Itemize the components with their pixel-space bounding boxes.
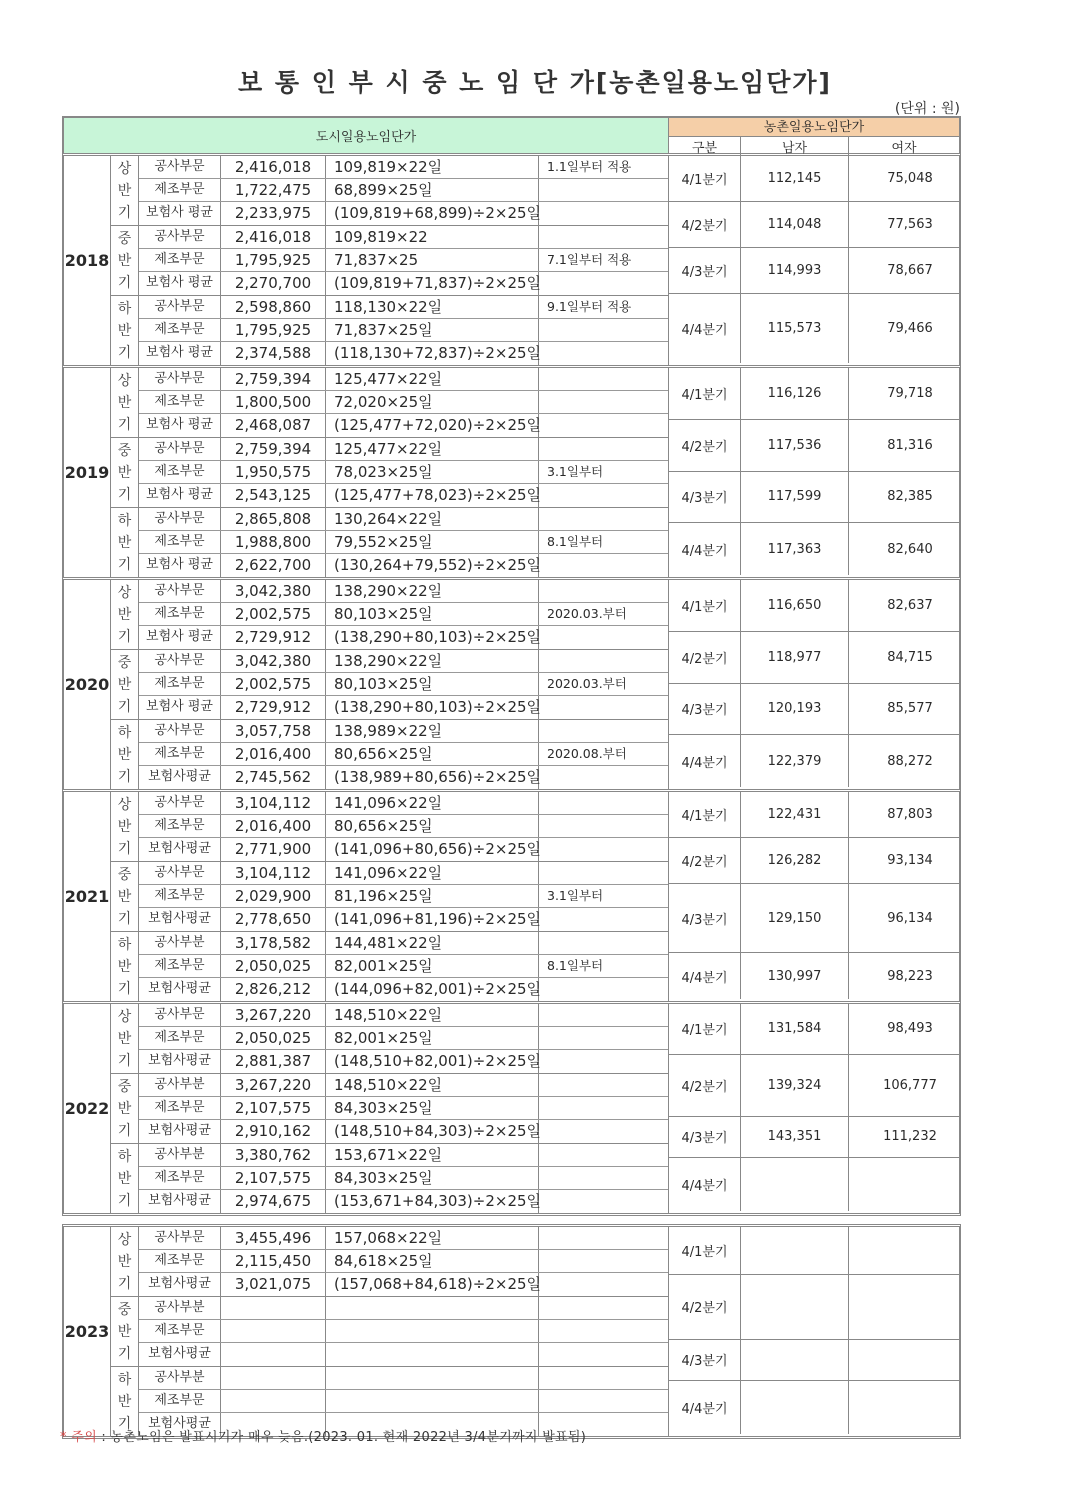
- calculation-cell: [326, 1343, 539, 1366]
- half-period: 중반기공사부문3,042,380138,290×22일제조부문2,002,575…: [111, 650, 668, 720]
- city-wage-section: 상반기공사부문3,267,220148,510×22일제조부문2,050,025…: [111, 1004, 669, 1213]
- male-wage-cell: 118,977: [741, 632, 849, 683]
- quarter-cell: 4/4분기: [669, 1158, 741, 1211]
- amount-cell: 2,771,900: [221, 838, 326, 861]
- category-cell: 제조부문: [139, 461, 221, 483]
- note-cell: [539, 1050, 668, 1073]
- calculation-cell: (141,096+80,656)÷2×25일: [326, 838, 539, 861]
- table-row: 공사부문2,759,394125,477×22일: [139, 368, 668, 391]
- female-wage-cell: 98,223: [849, 953, 959, 999]
- calculation-cell: 141,096×22일: [326, 862, 539, 884]
- calculation-cell: 125,477×22일: [326, 368, 539, 390]
- amount-cell: 2,778,650: [221, 908, 326, 931]
- amount-cell: 1,950,575: [221, 461, 326, 483]
- city-wage-section: 상반기공사부문3,042,380138,290×22일제조부문2,002,575…: [111, 580, 669, 789]
- male-wage-cell: 117,363: [741, 523, 849, 575]
- rural-quarter-row: 4/3분기120,19385,577: [669, 684, 959, 736]
- amount-cell: 2,002,575: [221, 603, 326, 625]
- rural-quarter-row: 4/3분기: [669, 1340, 959, 1381]
- amount-cell: 2,729,912: [221, 696, 326, 719]
- note-cell: [539, 342, 668, 365]
- note-cell: [539, 438, 668, 460]
- note-cell: 3.1일부터: [539, 461, 668, 483]
- amount-cell: 2,107,575: [221, 1097, 326, 1119]
- year-label: 2020: [64, 580, 111, 789]
- category-cell: 공사부분: [139, 1144, 221, 1166]
- half-period-char: 중: [118, 440, 132, 462]
- calculation-cell: 138,290×22일: [326, 650, 539, 672]
- amount-cell: 2,881,387: [221, 1050, 326, 1073]
- male-wage-cell: 129,150: [741, 884, 849, 952]
- half-period-label: 상반기: [111, 1004, 139, 1073]
- calculation-cell: (109,819+68,899)÷2×25일: [326, 202, 539, 225]
- category-cell: 제조부문: [139, 179, 221, 201]
- half-period-char: 반: [118, 462, 132, 484]
- quarter-cell: 4/2분기: [669, 202, 741, 247]
- amount-cell: 3,057,758: [221, 720, 326, 742]
- note-cell: [539, 720, 668, 742]
- rural-wage-header: 농촌일용노임단가 구분 남자 여자: [669, 118, 959, 153]
- amount-cell: [221, 1297, 326, 1319]
- amount-cell: [221, 1320, 326, 1342]
- half-period-char: 상: [118, 1006, 132, 1028]
- quarter-cell: 4/1분기: [669, 1004, 741, 1054]
- half-period: 중반기공사부문2,759,394125,477×22일제조부문1,950,575…: [111, 438, 668, 508]
- calculation-cell: (138,989+80,656)÷2×25일: [326, 766, 539, 789]
- table-row: 공사부문2,416,018109,819×22일1.1일부터 적용: [139, 156, 668, 179]
- category-cell: 제조부문: [139, 391, 221, 413]
- table-row: 제조부문2,050,02582,001×25일: [139, 1027, 668, 1050]
- col-male: 남자: [741, 137, 849, 156]
- half-period-char: 중: [118, 1076, 132, 1098]
- calculation-cell: (125,477+78,023)÷2×25일: [326, 484, 539, 507]
- male-wage-cell: 116,650: [741, 580, 849, 631]
- calculation-cell: 144,481×22일: [326, 932, 539, 954]
- calculation-cell: 80,103×25일: [326, 673, 539, 695]
- rural-quarter-row: 4/2분기139,324106,777: [669, 1055, 959, 1117]
- category-cell: 공사부문: [139, 720, 221, 742]
- half-period-label: 중반기: [111, 1297, 139, 1366]
- quarter-cell: 4/2분기: [669, 1055, 741, 1116]
- year-label: 2022: [64, 1004, 111, 1213]
- table-row: 제조부문2,002,57580,103×25일2020.03.부터: [139, 603, 668, 626]
- half-period-char: 하: [118, 722, 132, 744]
- rural-quarter-row: 4/1분기112,14575,048: [669, 156, 959, 202]
- category-cell: 제조부문: [139, 955, 221, 977]
- category-cell: 보험사평균: [139, 1343, 221, 1366]
- male-wage-cell: [741, 1381, 849, 1434]
- half-period-char: 기: [118, 978, 132, 1000]
- quarter-cell: 4/1분기: [669, 1227, 741, 1274]
- note-cell: [539, 391, 668, 413]
- rural-wage-section: 4/1분기122,43187,8034/2분기126,28293,1344/3분…: [669, 792, 959, 1001]
- half-period-label: 중반기: [111, 862, 139, 931]
- category-cell: 보험사평균: [139, 978, 221, 1001]
- amount-cell: 2,759,394: [221, 368, 326, 390]
- table-row: 제조부문2,050,02582,001×25일8.1일부터: [139, 955, 668, 978]
- calculation-cell: 80,103×25일: [326, 603, 539, 625]
- amount-cell: 3,267,220: [221, 1004, 326, 1026]
- calculation-cell: (130,264+79,552)÷2×25일: [326, 554, 539, 577]
- calculation-cell: 71,837×25: [326, 249, 539, 271]
- quarter-cell: 4/3분기: [669, 248, 741, 293]
- category-cell: 제조부문: [139, 1320, 221, 1342]
- half-period-char: 반: [118, 816, 132, 838]
- category-cell: 공사부문: [139, 226, 221, 248]
- quarter-cell: 4/2분기: [669, 838, 741, 883]
- half-period-char: 기: [118, 1273, 132, 1295]
- note-cell: [539, 1320, 668, 1342]
- footnote-warning: 주의: [71, 1430, 97, 1445]
- note-cell: [539, 319, 668, 341]
- half-period-label: 중반기: [111, 226, 139, 295]
- calculation-cell: (148,510+84,303)÷2×25일: [326, 1120, 539, 1143]
- note-cell: [539, 1343, 668, 1366]
- rural-quarter-row: 4/3분기143,351111,232: [669, 1117, 959, 1158]
- half-period-char: 기: [118, 414, 132, 436]
- category-cell: 보험사 평균: [139, 696, 221, 719]
- male-wage-cell: 114,993: [741, 248, 849, 293]
- half-period-char: 반: [118, 744, 132, 766]
- note-cell: [539, 1004, 668, 1026]
- calculation-cell: 153,671×22일: [326, 1144, 539, 1166]
- year-label: 2019: [64, 368, 111, 577]
- female-wage-cell: 85,577: [849, 684, 959, 735]
- half-period-char: 하: [118, 934, 132, 956]
- table-row: 보험사평균2,826,212(144,096+82,001)÷2×25일: [139, 978, 668, 1001]
- amount-cell: 2,115,450: [221, 1250, 326, 1272]
- half-period: 상반기공사부문2,759,394125,477×22일제조부문1,800,500…: [111, 368, 668, 438]
- category-cell: 공사부분: [139, 1367, 221, 1389]
- half-period-char: 반: [118, 250, 132, 272]
- note-cell: [539, 226, 668, 248]
- category-cell: 보험사평균: [139, 908, 221, 931]
- half-period-char: 하: [118, 298, 132, 320]
- half-period: 상반기공사부문3,042,380138,290×22일제조부문2,002,575…: [111, 580, 668, 650]
- male-wage-cell: 114,048: [741, 202, 849, 247]
- table-row: 공사부문3,267,220148,510×22일: [139, 1004, 668, 1027]
- half-period-char: 상: [118, 370, 132, 392]
- calculation-cell: 68,899×25일: [326, 179, 539, 201]
- half-period-char: 기: [118, 766, 132, 788]
- category-cell: 공사부문: [139, 580, 221, 602]
- table-row: 공사부문3,057,758138,989×22일: [139, 720, 668, 743]
- category-cell: 공사부문: [139, 508, 221, 530]
- amount-cell: 3,042,380: [221, 650, 326, 672]
- amount-cell: 2,050,025: [221, 1027, 326, 1049]
- year-block: 2023상반기공사부문3,455,496157,068×22일제조부문2,115…: [62, 1224, 961, 1439]
- amount-cell: [221, 1343, 326, 1366]
- quarter-cell: 4/4분기: [669, 1381, 741, 1434]
- amount-cell: 2,107,575: [221, 1167, 326, 1189]
- col-quarter: 구분: [669, 137, 741, 156]
- half-period: 중반기공사부분3,267,220148,510×22일제조부문2,107,575…: [111, 1074, 668, 1144]
- calculation-cell: 84,303×25일: [326, 1167, 539, 1189]
- calculation-cell: 138,989×22일: [326, 720, 539, 742]
- half-period-char: 기: [118, 202, 132, 224]
- male-wage-cell: 112,145: [741, 156, 849, 201]
- quarter-cell: 4/1분기: [669, 156, 741, 201]
- calculation-cell: 109,819×22일: [326, 156, 539, 178]
- half-period-label: 중반기: [111, 438, 139, 507]
- rural-quarter-row: 4/4분기130,99798,223: [669, 953, 959, 999]
- table-row: 공사부분: [139, 1367, 668, 1390]
- amount-cell: 2,270,700: [221, 272, 326, 295]
- category-cell: 보험사평균: [139, 766, 221, 789]
- note-cell: [539, 626, 668, 649]
- half-period: 하반기공사부문2,598,860118,130×22일9.1일부터 적용제조부문…: [111, 296, 668, 365]
- amount-cell: 1,795,925: [221, 249, 326, 271]
- calculation-cell: 82,001×25일: [326, 1027, 539, 1049]
- half-period-char: 기: [118, 626, 132, 648]
- rural-quarter-row: 4/4분기: [669, 1158, 959, 1211]
- quarter-cell: 4/3분기: [669, 1117, 741, 1157]
- rural-wage-section: 4/1분기131,58498,4934/2분기139,324106,7774/3…: [669, 1004, 959, 1213]
- category-cell: 제조부문: [139, 1250, 221, 1272]
- half-period-label: 하반기: [111, 1144, 139, 1213]
- rural-quarter-row: 4/3분기117,59982,385: [669, 472, 959, 524]
- male-wage-cell: 117,536: [741, 420, 849, 471]
- table-row: 보험사 평균2,233,975(109,819+68,899)÷2×25일: [139, 202, 668, 225]
- note-cell: [539, 696, 668, 719]
- half-period-char: 하: [118, 1369, 132, 1391]
- note-cell: [539, 1144, 668, 1166]
- female-wage-cell: 77,563: [849, 202, 959, 247]
- note-cell: [539, 484, 668, 507]
- table-row: 보험사평균2,881,387(148,510+82,001)÷2×25일: [139, 1050, 668, 1073]
- note-cell: [539, 1074, 668, 1096]
- table-row: 보험사 평균2,270,700(109,819+71,837)÷2×25일: [139, 272, 668, 295]
- half-period-label: 중반기: [111, 650, 139, 719]
- table-header: 도시일용노임단가 농촌일용노임단가 구분 남자 여자: [62, 116, 961, 156]
- amount-cell: 2,910,162: [221, 1120, 326, 1143]
- amount-cell: 1,722,475: [221, 179, 326, 201]
- rural-wage-section: 4/1분기4/2분기4/3분기4/4분기: [669, 1227, 959, 1436]
- half-period-label: 하반기: [111, 720, 139, 789]
- amount-cell: 3,455,496: [221, 1227, 326, 1249]
- table-row: 제조부문: [139, 1390, 668, 1413]
- amount-cell: 2,974,675: [221, 1190, 326, 1213]
- half-period-char: 반: [118, 1028, 132, 1050]
- calculation-cell: 138,290×22일: [326, 580, 539, 602]
- quarter-cell: 4/3분기: [669, 884, 741, 952]
- calculation-cell: 84,303×25일: [326, 1097, 539, 1119]
- half-period-label: 하반기: [111, 932, 139, 1001]
- female-wage-cell: [849, 1275, 959, 1338]
- half-period-char: 기: [118, 484, 132, 506]
- table-row: 보험사평균2,974,675(153,671+84,303)÷2×25일: [139, 1190, 668, 1213]
- table-row: 공사부문3,104,112141,096×22일: [139, 792, 668, 815]
- quarter-cell: 4/4분기: [669, 294, 741, 363]
- table-row: 보험사평균: [139, 1343, 668, 1366]
- calculation-cell: 78,023×25일: [326, 461, 539, 483]
- year-block: 2019상반기공사부문2,759,394125,477×22일제조부문1,800…: [62, 368, 961, 580]
- table-row: 제조부문1,795,92571,837×25일: [139, 319, 668, 342]
- calculation-cell: [326, 1367, 539, 1389]
- half-period-char: 반: [118, 1391, 132, 1413]
- table-row: 보험사 평균2,622,700(130,264+79,552)÷2×25일: [139, 554, 668, 577]
- note-cell: 9.1일부터 적용: [539, 296, 668, 318]
- female-wage-cell: 96,134: [849, 884, 959, 952]
- half-period: 하반기공사부문2,865,808130,264×22일제조부문1,988,800…: [111, 508, 668, 577]
- amount-cell: 2,016,400: [221, 815, 326, 837]
- table-row: 제조부문2,029,90081,196×25일3.1일부터: [139, 885, 668, 908]
- page-title: 보 통 인 부 시 중 노 임 단 가[농촌일용노임단가]: [0, 63, 1070, 99]
- table-row: 제조부문1,722,47568,899×25일: [139, 179, 668, 202]
- calculation-cell: 157,068×22일: [326, 1227, 539, 1249]
- note-cell: [539, 1167, 668, 1189]
- half-period: 상반기공사부문3,104,112141,096×22일제조부문2,016,400…: [111, 792, 668, 862]
- calculation-cell: 118,130×22일: [326, 296, 539, 318]
- table-row: 보험사평균2,778,650(141,096+81,196)÷2×25일: [139, 908, 668, 931]
- category-cell: 보험사 평균: [139, 626, 221, 649]
- note-cell: [539, 1297, 668, 1319]
- calculation-cell: (153,671+84,303)÷2×25일: [326, 1190, 539, 1213]
- half-period-char: 상: [118, 158, 132, 180]
- table-row: 제조부문: [139, 1320, 668, 1343]
- city-wage-header: 도시일용노임단가: [64, 118, 669, 153]
- male-wage-cell: 120,193: [741, 684, 849, 735]
- city-wage-section: 상반기공사부문2,416,018109,819×22일1.1일부터 적용제조부문…: [111, 156, 669, 365]
- table-row: 제조부문1,800,50072,020×25일: [139, 391, 668, 414]
- half-period-char: 하: [118, 510, 132, 532]
- female-wage-cell: 79,466: [849, 294, 959, 363]
- amount-cell: 2,729,912: [221, 626, 326, 649]
- half-period-label: 상반기: [111, 792, 139, 861]
- category-cell: 공사부문: [139, 650, 221, 672]
- category-cell: 제조부문: [139, 815, 221, 837]
- male-wage-cell: 115,573: [741, 294, 849, 363]
- year-label: 2021: [64, 792, 111, 1001]
- category-cell: 보험사평균: [139, 838, 221, 861]
- rural-quarter-row: 4/2분기126,28293,134: [669, 838, 959, 884]
- wage-table: 도시일용노임단가 농촌일용노임단가 구분 남자 여자 2018상반기공사부문2,…: [62, 116, 961, 1439]
- amount-cell: 3,104,112: [221, 862, 326, 884]
- category-cell: 공사부문: [139, 792, 221, 814]
- table-row: 보험사 평균2,468,087(125,477+72,020)÷2×25일: [139, 414, 668, 437]
- note-cell: [539, 1250, 668, 1272]
- rural-quarter-row: 4/1분기116,65082,637: [669, 580, 959, 632]
- half-period: 하반기공사부분3,178,582144,481×22일제조부문2,050,025…: [111, 932, 668, 1001]
- half-period-char: 반: [118, 1251, 132, 1273]
- amount-cell: 1,800,500: [221, 391, 326, 413]
- amount-cell: 2,233,975: [221, 202, 326, 225]
- male-wage-cell: 122,431: [741, 792, 849, 837]
- year-block: 2020상반기공사부문3,042,380138,290×22일제조부문2,002…: [62, 580, 961, 792]
- half-period-char: 반: [118, 1098, 132, 1120]
- amount-cell: 2,826,212: [221, 978, 326, 1001]
- category-cell: 보험사 평균: [139, 272, 221, 295]
- amount-cell: [221, 1367, 326, 1389]
- note-cell: 3.1일부터: [539, 885, 668, 907]
- male-wage-cell: [741, 1340, 849, 1380]
- note-cell: [539, 272, 668, 295]
- calculation-cell: 79,552×25일: [326, 531, 539, 553]
- rural-quarter-row: 4/2분기117,53681,316: [669, 420, 959, 472]
- category-cell: 제조부문: [139, 531, 221, 553]
- half-period-char: 기: [118, 1190, 132, 1212]
- rural-wage-section: 4/1분기112,14575,0484/2분기114,04877,5634/3분…: [669, 156, 959, 365]
- category-cell: 공사부문: [139, 1004, 221, 1026]
- table-row: 공사부문3,042,380138,290×22일: [139, 580, 668, 603]
- table-row: 보험사 평균2,729,912(138,290+80,103)÷2×25일: [139, 626, 668, 649]
- category-cell: 제조부문: [139, 249, 221, 271]
- category-cell: 공사부문: [139, 296, 221, 318]
- rural-quarter-row: 4/1분기: [669, 1227, 959, 1275]
- quarter-cell: 4/2분기: [669, 1275, 741, 1338]
- note-cell: [539, 1367, 668, 1389]
- note-cell: [539, 554, 668, 577]
- quarter-cell: 4/3분기: [669, 472, 741, 523]
- category-cell: 제조부문: [139, 1167, 221, 1189]
- male-wage-cell: 143,351: [741, 1117, 849, 1157]
- female-wage-cell: 82,640: [849, 523, 959, 575]
- category-cell: 제조부문: [139, 885, 221, 907]
- calculation-cell: 109,819×22: [326, 226, 539, 248]
- calculation-cell: 80,656×25일: [326, 815, 539, 837]
- female-wage-cell: 75,048: [849, 156, 959, 201]
- amount-cell: 2,050,025: [221, 955, 326, 977]
- half-period-char: 중: [118, 652, 132, 674]
- female-wage-cell: [849, 1158, 959, 1211]
- amount-cell: 3,021,075: [221, 1273, 326, 1296]
- year-label: 2023: [64, 1227, 111, 1436]
- male-wage-cell: [741, 1158, 849, 1211]
- category-cell: 보험사 평균: [139, 202, 221, 225]
- rural-quarter-row: 4/3분기129,15096,134: [669, 884, 959, 953]
- table-row: 공사부문2,865,808130,264×22일: [139, 508, 668, 531]
- category-cell: 보험사평균: [139, 1273, 221, 1296]
- amount-cell: 3,104,112: [221, 792, 326, 814]
- female-wage-cell: [849, 1340, 959, 1380]
- table-row: 제조부문2,016,40080,656×25일: [139, 815, 668, 838]
- table-row: 공사부문3,042,380138,290×22일: [139, 650, 668, 673]
- note-cell: [539, 1190, 668, 1213]
- note-cell: [539, 978, 668, 1001]
- female-wage-cell: 81,316: [849, 420, 959, 471]
- half-period-char: 기: [118, 696, 132, 718]
- footnote: * 주의 : 농촌노임은 발표시기가 매우 늦음.(2023. 01. 현재 2…: [60, 1426, 586, 1445]
- female-wage-cell: 88,272: [849, 735, 959, 787]
- amount-cell: 2,598,860: [221, 296, 326, 318]
- category-cell: 공사부문: [139, 1227, 221, 1249]
- category-cell: 제조부문: [139, 1097, 221, 1119]
- female-wage-cell: 84,715: [849, 632, 959, 683]
- calculation-cell: [326, 1320, 539, 1342]
- note-cell: 8.1일부터: [539, 955, 668, 977]
- category-cell: 보험사 평균: [139, 484, 221, 507]
- half-period-label: 상반기: [111, 368, 139, 437]
- calculation-cell: 84,618×25일: [326, 1250, 539, 1272]
- half-period-label: 하반기: [111, 508, 139, 577]
- half-period-char: 기: [118, 272, 132, 294]
- rural-quarter-row: 4/2분기114,04877,563: [669, 202, 959, 248]
- half-period: 하반기공사부문3,057,758138,989×22일제조부문2,016,400…: [111, 720, 668, 789]
- calculation-cell: (118,130+72,837)÷2×25일: [326, 342, 539, 365]
- rural-quarter-row: 4/1분기122,43187,803: [669, 792, 959, 838]
- unit-label: (단위 : 원): [895, 98, 960, 118]
- category-cell: 공사부분: [139, 1074, 221, 1096]
- city-wage-section: 상반기공사부문3,104,112141,096×22일제조부문2,016,400…: [111, 792, 669, 1001]
- amount-cell: 3,178,582: [221, 932, 326, 954]
- category-cell: 공사부문: [139, 862, 221, 884]
- category-cell: 보험사평균: [139, 1120, 221, 1143]
- note-cell: [539, 1273, 668, 1296]
- category-cell: 공사부문: [139, 438, 221, 460]
- note-cell: 1.1일부터 적용: [539, 156, 668, 178]
- asterisk-icon: *: [60, 1430, 67, 1445]
- female-wage-cell: 82,385: [849, 472, 959, 523]
